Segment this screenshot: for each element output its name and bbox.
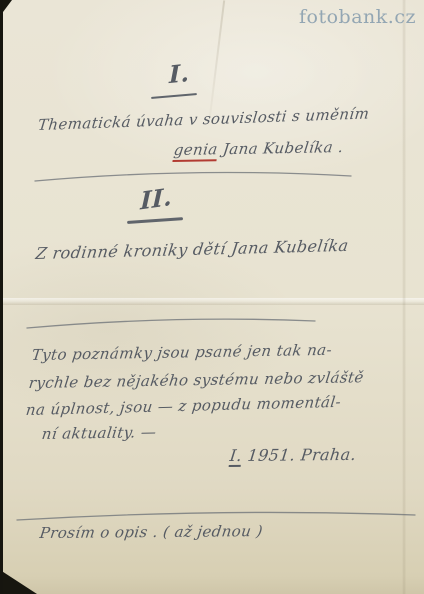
underlined-word-genia: genia: [172, 140, 218, 162]
notes-line-1: Tyto poznámky jsou psané jen tak na-: [31, 341, 333, 364]
section-2-line-1: Z rodinné kroniky dětí Jana Kubelíka: [34, 236, 349, 263]
section-1-line-2: genia Jana Kubelíka .: [173, 138, 345, 159]
paper-crease-top: [209, 0, 225, 117]
footnote: Prosím o opis . ( až jednou ): [39, 522, 264, 542]
notes-line-3: na úplnost, jsou — z popudu momentál-: [25, 393, 342, 419]
manuscript-paper: fotobank.cz I. Thematická úvaha v souvis…: [3, 0, 424, 594]
section-1-heading-underline: [151, 93, 197, 99]
fotobank-watermark: fotobank.cz: [299, 6, 416, 28]
paper-corner-top-left: [3, 0, 12, 12]
section-2-heading-underline: [127, 217, 183, 223]
notes-line-2: rychle bez nějakého systému nebo zvláště: [28, 368, 365, 392]
section-1-line-1: Thematická úvaha v souvislosti s uměním: [37, 104, 370, 134]
dateline: I. 1951. Praha.: [229, 445, 357, 465]
paper-crease-right: [402, 0, 406, 594]
paper-fold-horizontal: [3, 298, 424, 305]
paper-corner-bottom-left: [3, 568, 37, 594]
flourish-line-1: [33, 168, 353, 186]
notes-line-4: ní aktuality. —: [41, 423, 158, 443]
flourish-line-2: [25, 314, 317, 332]
dateline-rest: 1951. Praha.: [241, 445, 357, 465]
section-2-heading: II.: [140, 182, 173, 216]
section-1-line-2-rest: Jana Kubelíka .: [217, 138, 345, 158]
section-1-heading: I.: [169, 58, 189, 89]
